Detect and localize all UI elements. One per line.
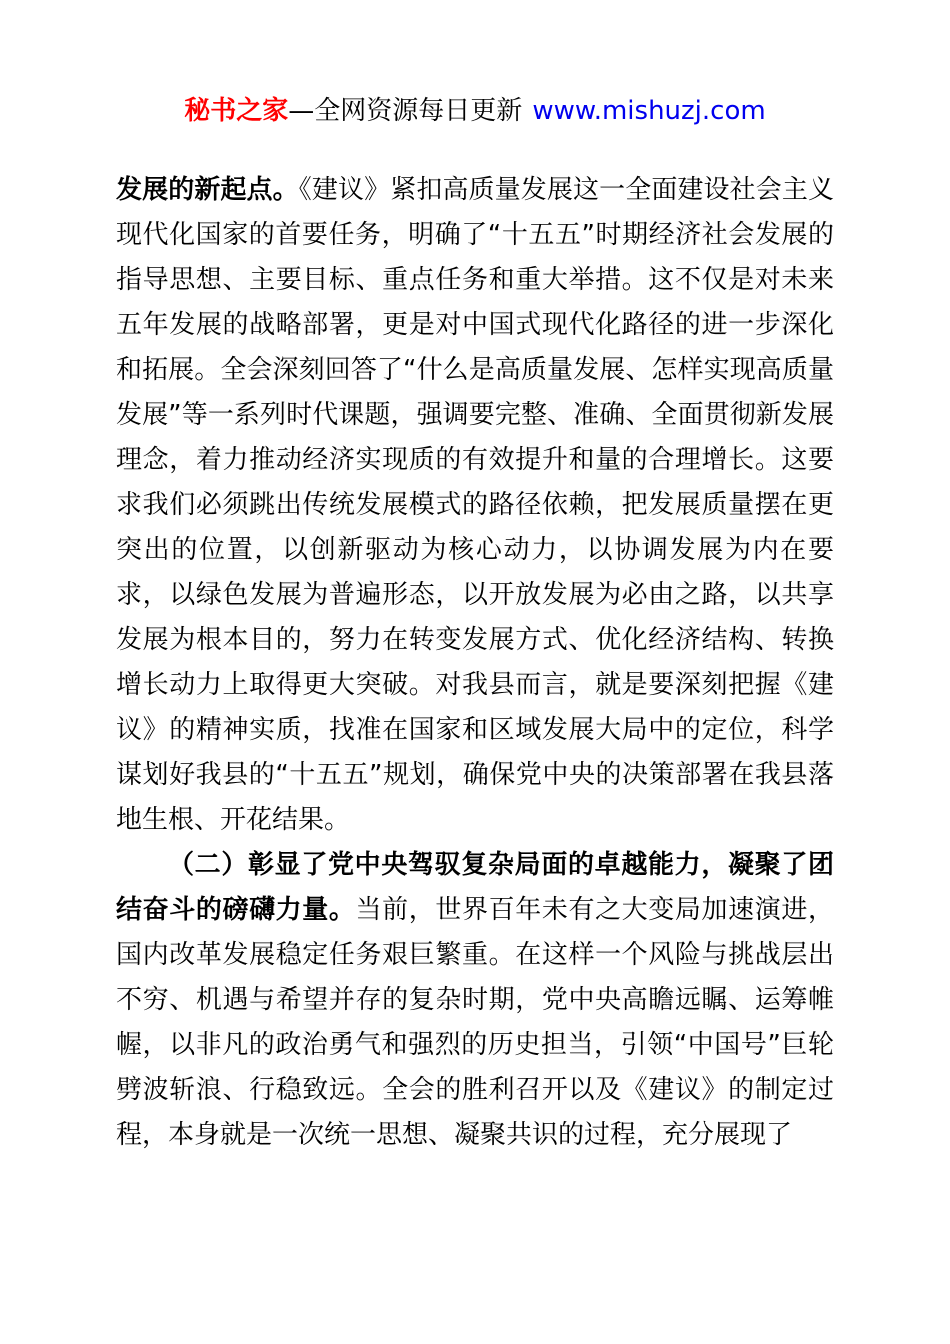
document-body: 发展的新起点。《建议》紧扣高质量发展这一全面建设社会主义现代化国家的首要任务，明… [116, 168, 834, 1158]
header-tagline: —全网资源每日更新 [288, 96, 522, 126]
header-url-link[interactable]: www.mishuzj.com [532, 96, 765, 126]
document-header: 秘书之家—全网资源每日更新www.mishuzj.com [0, 0, 950, 128]
paragraph-1-bold-lead: 发展的新起点。 [116, 175, 299, 205]
paragraph-2-text: 当前，世界百年未有之大变局加速演进，国内改革发展稳定任务艰巨繁重。在这样一个风险… [116, 895, 834, 1150]
paragraph-section-two: （二）彰显了党中央驾驭复杂局面的卓越能力，凝聚了团结奋斗的磅礴力量。当前，世界百… [116, 843, 834, 1158]
header-site-name: 秘书之家 [184, 96, 288, 126]
paragraph-1-text: 《建议》紧扣高质量发展这一全面建设社会主义现代化国家的首要任务，明确了“十五五”… [116, 175, 834, 835]
paragraph-development-new-starting-point: 发展的新起点。《建议》紧扣高质量发展这一全面建设社会主义现代化国家的首要任务，明… [116, 168, 834, 843]
document-page: 秘书之家—全网资源每日更新www.mishuzj.com 发展的新起点。《建议》… [0, 0, 950, 1344]
